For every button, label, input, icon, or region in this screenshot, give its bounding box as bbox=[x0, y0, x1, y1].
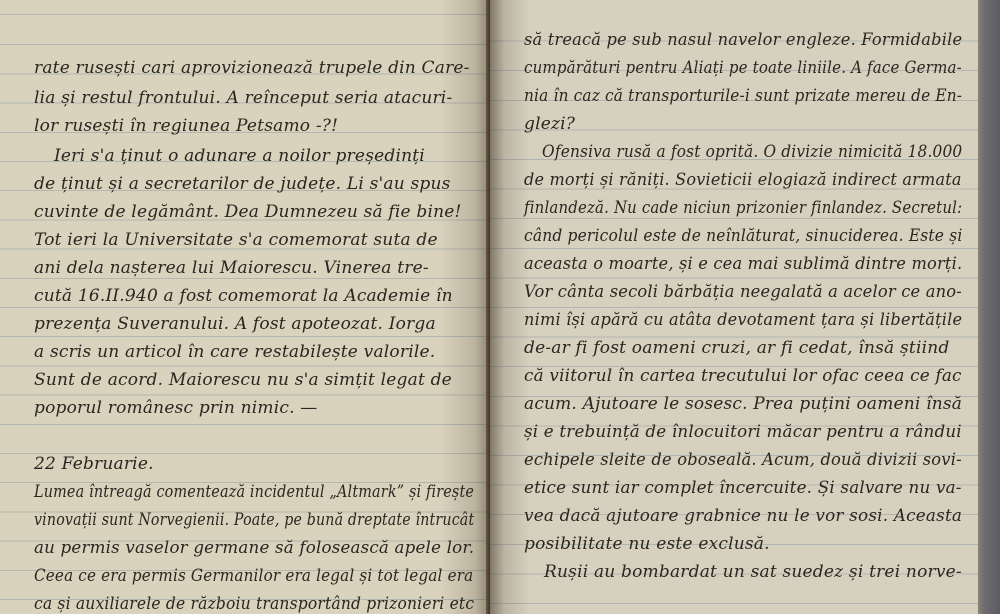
handwritten-line: ca și auxiliarele de războiu transportân… bbox=[34, 594, 474, 614]
handwritten-line: lia și restul frontului. A reînceput ser… bbox=[34, 88, 452, 108]
handwritten-line: lor rusești în regiunea Petsamo -?! bbox=[34, 116, 338, 136]
handwritten-line: posibilitate nu este exclusă. bbox=[524, 534, 770, 554]
handwritten-line: Rușii au bombardat un sat suedez și trei… bbox=[524, 562, 962, 582]
handwritten-line: Vor cânta secoli bărbăția neegalată a ac… bbox=[524, 282, 962, 302]
handwritten-line: Sunt de acord. Maiorescu nu s'a simțit l… bbox=[34, 370, 452, 390]
handwritten-line: acum. Ajutoare le sosesc. Prea puțini oa… bbox=[524, 394, 962, 414]
handwritten-line: Ieri s'a ținut o adunare a noilor președ… bbox=[34, 146, 425, 166]
handwritten-line: au permis vaselor germane să folosească … bbox=[34, 538, 474, 558]
handwritten-line: când pericolul este de neînlăturat, sinu… bbox=[524, 226, 962, 246]
handwritten-line: nimi își apără cu atâta devotament țara … bbox=[524, 310, 962, 330]
notebook-cover-edge bbox=[978, 0, 1000, 614]
right-page: să treacă pe sub nasul navelor engleze. … bbox=[490, 0, 978, 614]
notebook-spread: rate rusești cari aprovizionează trupele… bbox=[0, 0, 1000, 614]
handwritten-line: poporul românesc prin nimic. — bbox=[34, 398, 318, 418]
handwritten-line: nia în caz că transporturile-i sunt priz… bbox=[524, 86, 962, 106]
handwritten-line: cumpărături pentru Aliați pe toate linii… bbox=[524, 58, 962, 78]
handwritten-line: ani dela nașterea lui Maiorescu. Vinerea… bbox=[34, 258, 429, 278]
handwritten-line: că viitorul în cartea trecutului lor ofa… bbox=[524, 366, 962, 386]
handwritten-line: Ceea ce era permis Germanilor era legal … bbox=[34, 566, 473, 586]
handwritten-line: de-ar fi fost oameni cruzi, ar fi cedat,… bbox=[524, 338, 949, 358]
handwritten-line: și e trebuință de înlocuitori măcar pent… bbox=[524, 422, 962, 442]
handwritten-line: Tot ieri la Universitate s'a comemorat s… bbox=[34, 230, 438, 250]
handwritten-line: vinovații sunt Norvegienii. Poate, pe bu… bbox=[34, 510, 474, 530]
handwritten-line: prezența Suveranului. A fost apoteozat. … bbox=[34, 314, 436, 334]
handwritten-line: finlandeză. Nu cade niciun prizonier fin… bbox=[524, 198, 962, 218]
handwritten-line: să treacă pe sub nasul navelor engleze. … bbox=[524, 30, 962, 50]
handwritten-line: cută 16.II.940 a fost comemorat la Acade… bbox=[34, 286, 453, 306]
handwritten-line: aceasta o moarte, și e cea mai sublimă d… bbox=[524, 254, 962, 274]
handwritten-line: de ținut și a secretarilor de județe. Li… bbox=[34, 174, 451, 194]
handwritten-line: cuvinte de legământ. Dea Dumnezeu să fie… bbox=[34, 202, 462, 222]
handwritten-line: vea dacă ajutoare grabnice nu le vor sos… bbox=[524, 506, 962, 526]
handwritten-line: Ofensiva rusă a fost oprită. O divizie n… bbox=[524, 142, 962, 162]
handwritten-line: Lumea întreagă comentează incidentul „Al… bbox=[34, 482, 474, 502]
handwritten-line: a scris un articol în care restabilește … bbox=[34, 342, 435, 362]
handwritten-line: rate rusești cari aprovizionează trupele… bbox=[34, 58, 470, 78]
handwritten-line: de morți și răniți. Sovieticii elogiază … bbox=[524, 170, 962, 190]
handwritten-line: etice sunt iar complet încercuite. Și sa… bbox=[524, 478, 962, 498]
date-heading: 22 Februarie. bbox=[34, 454, 154, 474]
left-page: rate rusești cari aprovizionează trupele… bbox=[0, 0, 490, 614]
handwritten-line: glezi? bbox=[524, 114, 575, 134]
handwritten-line: echipele sleite de oboseală. Acum, două … bbox=[524, 450, 962, 470]
